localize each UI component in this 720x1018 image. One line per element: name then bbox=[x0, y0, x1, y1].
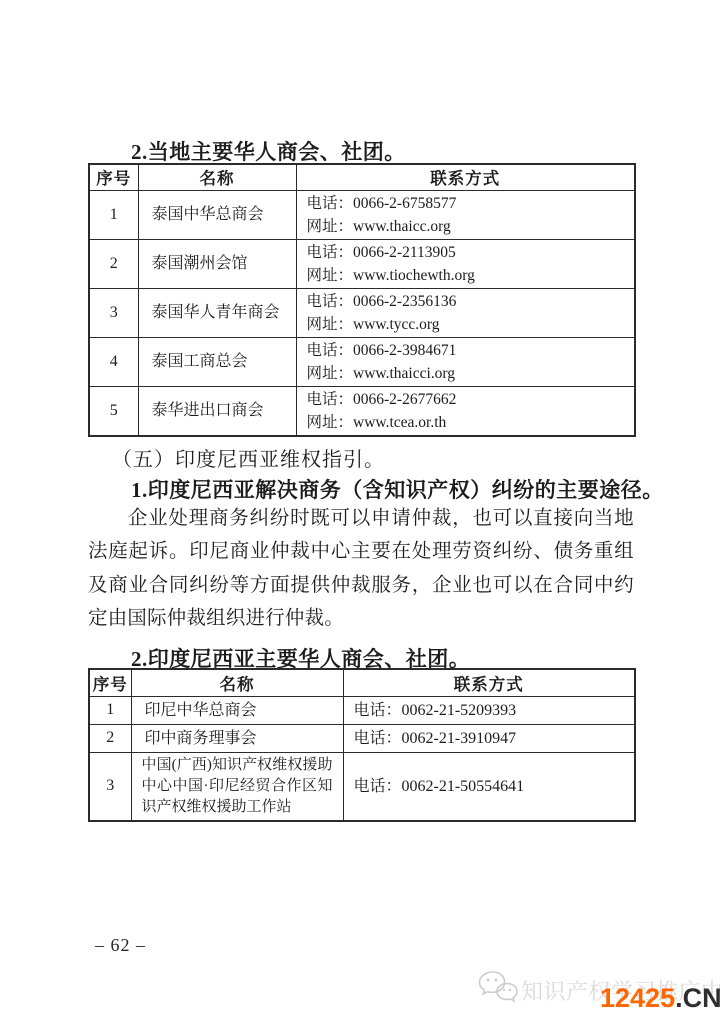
column-header: 名称 bbox=[131, 669, 343, 696]
page-number: – 62 – bbox=[95, 935, 146, 956]
column-header: 序号 bbox=[89, 669, 131, 696]
contact-info-cell: 电话：0066-2-2113905网址：www.tiochewth.org bbox=[296, 239, 635, 288]
table-row: 2印中商务理事会电话：0062-21-3910947 bbox=[89, 724, 635, 752]
contact-line: 网址：www.thaicc.org bbox=[307, 215, 631, 238]
contact-line: 电话：0062-21-3910947 bbox=[354, 726, 631, 751]
organization-name-cell: 印中商务理事会 bbox=[131, 724, 343, 752]
thailand-associations-table: 序号名称联系方式1泰国中华总商会电话：0066-2-6758577网址：www.… bbox=[88, 163, 636, 437]
column-header: 名称 bbox=[138, 164, 296, 190]
column-header: 联系方式 bbox=[296, 164, 635, 190]
organization-name-cell: 泰国华人青年商会 bbox=[138, 288, 296, 337]
table-row: 3中国(广西)知识产权维权援助中心中国·印尼经贸合作区知识产权维权援助工作站电话… bbox=[89, 752, 635, 821]
contact-info-cell: 电话：0066-2-2677662网址：www.tcea.or.th bbox=[296, 386, 635, 436]
contact-info-cell: 电话：0062-21-5209393 bbox=[343, 696, 635, 724]
column-header: 序号 bbox=[89, 164, 138, 190]
contact-info-cell: 电话：0066-2-3984671网址：www.thaicci.org bbox=[296, 337, 635, 386]
contact-line: 电话：0066-2-2677662 bbox=[307, 388, 631, 411]
contact-line: 电话：0062-21-50554641 bbox=[354, 774, 631, 799]
wechat-icon bbox=[477, 969, 519, 1005]
contact-line: 电话：0062-21-5209393 bbox=[354, 698, 631, 723]
table-row: 4泰国工商总会电话：0066-2-3984671网址：www.thaicci.o… bbox=[89, 337, 635, 386]
table-row: 2泰国潮州会馆电话：0066-2-2113905网址：www.tiochewth… bbox=[89, 239, 635, 288]
contact-line: 电话：0066-2-2113905 bbox=[307, 241, 631, 264]
watermark-site-tld: .CN bbox=[675, 983, 720, 1013]
contact-line: 电话：0066-2-3984671 bbox=[307, 339, 631, 362]
table-row: 5泰华进出口商会电话：0066-2-2677662网址：www.tcea.or.… bbox=[89, 386, 635, 436]
row-number-cell: 2 bbox=[89, 239, 138, 288]
organization-name-cell: 中国(广西)知识产权维权援助中心中国·印尼经贸合作区知识产权维权援助工作站 bbox=[131, 752, 343, 821]
watermark-site-number: 12425 bbox=[600, 983, 675, 1013]
table-row: 3泰国华人青年商会电话：0066-2-2356136网址：www.tycc.or… bbox=[89, 288, 635, 337]
organization-name-cell: 泰国工商总会 bbox=[138, 337, 296, 386]
organization-name-cell: 泰国中华总商会 bbox=[138, 190, 296, 239]
row-number-cell: 1 bbox=[89, 696, 131, 724]
table-row: 1泰国中华总商会电话：0066-2-6758577网址：www.thaicc.o… bbox=[89, 190, 635, 239]
indonesia-dispute-heading: 1.印度尼西亚解决商务（含知识产权）纠纷的主要途径。 bbox=[131, 474, 664, 504]
contact-line: 网址：www.tycc.org bbox=[307, 313, 631, 336]
contact-line: 电话：0066-2-2356136 bbox=[307, 290, 631, 313]
contact-line: 网址：www.tiochewth.org bbox=[307, 264, 631, 287]
contact-line: 电话：0066-2-6758577 bbox=[307, 192, 631, 215]
row-number-cell: 3 bbox=[89, 752, 131, 821]
contact-info-cell: 电话：0062-21-50554641 bbox=[343, 752, 635, 821]
organization-name-cell: 泰华进出口商会 bbox=[138, 386, 296, 436]
indonesia-section-heading: （五）印度尼西亚维权指引。 bbox=[112, 443, 385, 472]
organization-name-cell: 泰国潮州会馆 bbox=[138, 239, 296, 288]
table-header-row: 序号名称联系方式 bbox=[89, 164, 635, 190]
row-number-cell: 3 bbox=[89, 288, 138, 337]
contact-info-cell: 电话：0062-21-3910947 bbox=[343, 724, 635, 752]
indonesia-associations-table: 序号名称联系方式1印尼中华总商会电话：0062-21-52093932印中商务理… bbox=[88, 668, 636, 822]
row-number-cell: 1 bbox=[89, 190, 138, 239]
row-number-cell: 2 bbox=[89, 724, 131, 752]
column-header: 联系方式 bbox=[343, 669, 635, 696]
organization-name-cell: 印尼中华总商会 bbox=[131, 696, 343, 724]
indonesia-dispute-paragraph: 企业处理商务纠纷时既可以申请仲裁，也可以直接向当地法庭起诉。印尼商业仲裁中心主要… bbox=[88, 502, 634, 636]
contact-info-cell: 电话：0066-2-2356136网址：www.tycc.org bbox=[296, 288, 635, 337]
contact-info-cell: 电话：0066-2-6758577网址：www.thaicc.org bbox=[296, 190, 635, 239]
table-header-row: 序号名称联系方式 bbox=[89, 669, 635, 696]
thailand-associations-heading: 2.当地主要华人商会、社团。 bbox=[131, 136, 406, 166]
contact-line: 网址：www.tcea.or.th bbox=[307, 411, 631, 434]
table-row: 1印尼中华总商会电话：0062-21-5209393 bbox=[89, 696, 635, 724]
contact-line: 网址：www.thaicci.org bbox=[307, 362, 631, 385]
row-number-cell: 5 bbox=[89, 386, 138, 436]
document-page: 2.当地主要华人商会、社团。 序号名称联系方式1泰国中华总商会电话：0066-2… bbox=[0, 0, 720, 1018]
watermark-site-label: 12425.CN bbox=[600, 983, 720, 1014]
row-number-cell: 4 bbox=[89, 337, 138, 386]
